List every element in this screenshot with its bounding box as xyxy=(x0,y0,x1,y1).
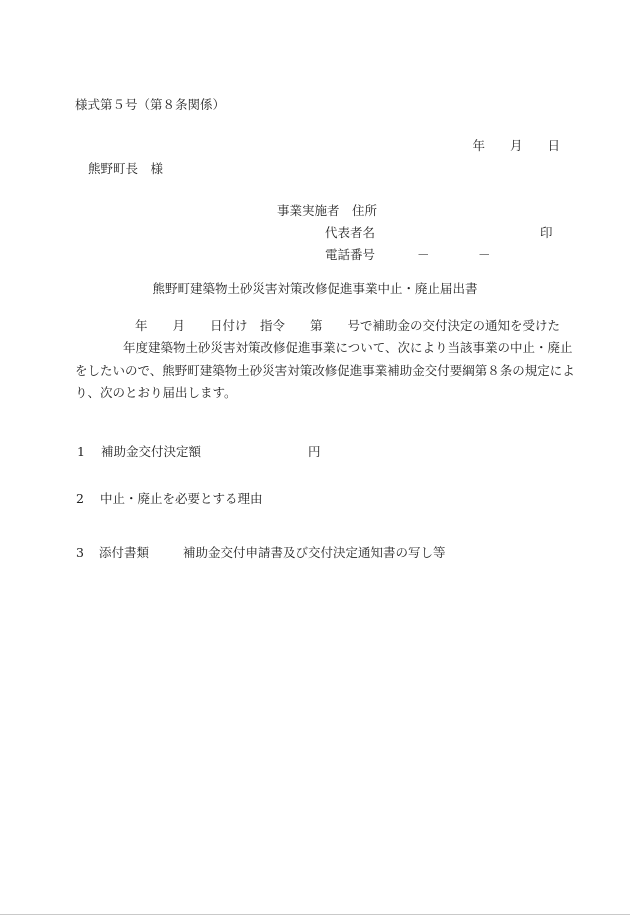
seal-mark: 印 xyxy=(540,225,553,241)
item-1-amount-unit: 円 xyxy=(308,444,321,460)
representative-name-label: 代表者名 xyxy=(325,225,375,241)
body-line-1: 年 月 日付け 指令 第 号で補助金の交付決定の通知を受けた xyxy=(135,318,560,334)
item-3-attachments: 補助金交付申請書及び交付決定通知書の写し等 xyxy=(183,545,446,561)
body-line-4: り、次のとおり届出します。 xyxy=(75,385,237,401)
item-1-label: 補助金交付決定額 xyxy=(101,444,201,460)
item-1-number: 1 xyxy=(77,444,85,460)
item-3-label: 添付書類 xyxy=(99,545,149,561)
form-number: 様式第５号（第８条関係） xyxy=(75,97,225,113)
document-title: 熊野町建築物土砂災害対策改修促進事業中止・廃止届出書 xyxy=(0,281,630,297)
issue-date-line: 年 月 日 xyxy=(472,138,560,154)
item-2-number: 2 xyxy=(76,491,84,507)
form-document-page: 様式第５号（第８条関係） 年 月 日 熊野町長 様 事業実施者 住所 代表者名 … xyxy=(0,0,630,915)
item-3-number: 3 xyxy=(76,545,84,561)
body-line-2: 年度建築物土砂災害対策改修促進事業について、次により当該事業の中止・廃止 xyxy=(123,340,573,356)
phone-dash-1: － xyxy=(417,247,430,263)
applicant-address-line: 事業実施者 住所 xyxy=(277,203,377,219)
phone-number-label: 電話番号 xyxy=(325,247,375,263)
body-line-3: をしたいので、熊野町建築物土砂災害対策改修促進事業補助金交付要綱第８条の規定によ xyxy=(75,363,575,379)
item-2-label: 中止・廃止を必要とする理由 xyxy=(100,491,263,507)
addressee: 熊野町長 様 xyxy=(88,161,163,177)
phone-dash-2: － xyxy=(478,247,491,263)
